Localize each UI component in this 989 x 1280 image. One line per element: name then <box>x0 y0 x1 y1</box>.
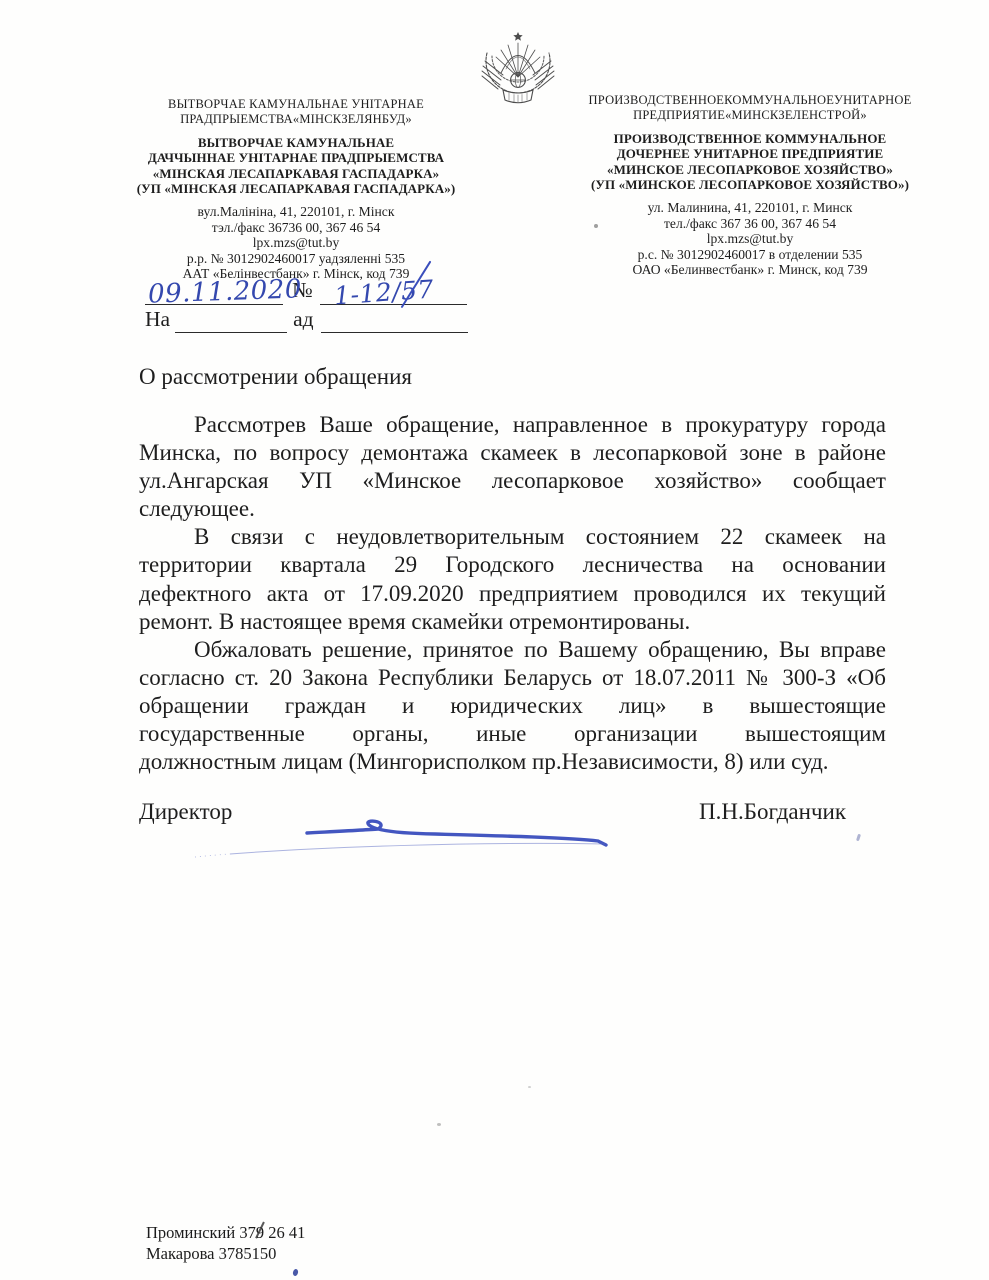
email-line: lpx.mzs@tut.by <box>538 231 962 247</box>
reply-number-underline <box>321 310 468 333</box>
body-line: дефектного акта от 17.09.2020 предприяти… <box>139 580 886 608</box>
reference-block: 09.11.2020№1-12/57 Наад <box>145 274 705 331</box>
org-name: ПРОИЗВОДСТВЕННОЕ КОММУНАЛЬНОЕ ДОЧЕРНЕЕ У… <box>538 131 962 193</box>
na-label: На <box>145 307 170 333</box>
footer-contacts: Проминский 379 26 41 Макарова 3785150 <box>146 1222 305 1264</box>
phone-line: тел./факс 367 36 00, 367 46 54 <box>538 216 962 232</box>
org-name-line: (УП «МІНСКАЯ ЛЕСАПАРКАВАЯ ГАСПАДАРКА») <box>126 181 466 196</box>
number-underline: 1-12/57 <box>320 274 467 305</box>
body-line: ул.Ангарская УП «Минское лесопарковое хо… <box>139 467 886 495</box>
ink-speck <box>856 834 861 842</box>
scan-speck <box>437 1123 441 1126</box>
star-icon <box>513 32 522 41</box>
footer-line: Макарова 3785150 <box>146 1243 305 1264</box>
handwritten-date: 09.11.2020 <box>148 274 303 309</box>
bank-account-line: р.с. № 3012902460017 в отделении 535 <box>538 247 962 263</box>
org-name-line: «МІНСКАЯ ЛЕСАПАРКАВАЯ ГАСПАДАРКА» <box>126 166 466 181</box>
header-right: ПРОИЗВОДСТВЕННОЕКОММУНАЛЬНОЕУНИТАРНОЕ ПР… <box>538 93 962 278</box>
subject-line: О рассмотрении обращения <box>139 364 886 390</box>
phone-line: тэл./факс 36736 00, 367 46 54 <box>126 220 466 236</box>
org-name-line: ПРОИЗВОДСТВЕННОЕ КОММУНАЛЬНОЕ <box>538 131 962 146</box>
date-underline: 09.11.2020 <box>145 274 283 305</box>
parent-org-line: ПРЕДПРИЯТИЕ«МИНСКЗЕЛЕНСТРОЙ» <box>538 108 962 123</box>
body-line: согласно ст. 20 Закона Республики Белару… <box>139 664 886 692</box>
body-line: территории квартала 29 Городского леснич… <box>139 551 886 579</box>
org-name-line: ВЫТВОРЧАЕ КАМУНАЛЬНАЕ <box>126 135 466 150</box>
body-line: должностным лицам (Мингорисполком пр.Нез… <box>139 748 886 776</box>
header-left: ВЫТВОРЧАЕ КАМУНАЛЬНАЕ УНІТАРНАЕ ПРАДПРЫЕ… <box>126 97 466 282</box>
org-name-line: ДОЧЕРНЕЕ УНИТАРНОЕ ПРЕДПРИЯТИЕ <box>538 146 962 161</box>
executor-phone: Проминский 379 26 41 <box>146 1223 305 1242</box>
scan-speck <box>528 1086 531 1088</box>
org-contacts: ул. Малинина, 41, 220101, г. Минск тел./… <box>538 200 962 278</box>
body-line: Минска, по вопросу демонтажа скамеек в л… <box>139 439 886 467</box>
body-line: ремонт. В настоящее время скамейки отрем… <box>139 608 886 636</box>
bank-account-line: р.р. № 3012902460017 уадзяленні 535 <box>126 251 466 267</box>
footer-line: Проминский 379 26 41 <box>146 1222 305 1243</box>
email-line: lpx.mzs@tut.by <box>126 235 466 251</box>
ad-label: ад <box>293 307 313 333</box>
signature-main-stroke <box>307 821 606 845</box>
org-name-line: ДАЧЧЫННАЕ УНІТАРНАЕ ПРАДПРЫЕМСТВА <box>126 150 466 165</box>
address-line: вул.Малініна, 41, 220101, г. Мінск <box>126 204 466 220</box>
body-line: обращении граждан и юридических лиц» в в… <box>139 692 886 720</box>
paragraph-3: Обжаловать решение, принятое по Вашему о… <box>139 636 886 776</box>
parent-org-line: ПРАДПРЫЕМСТВА«МІНСКЗЕЛЯНБУД» <box>126 112 466 127</box>
org-name-line: (УП «МИНСКОЕ ЛЕСОПАРКОВОЕ ХОЗЯЙСТВО») <box>538 177 962 192</box>
scanned-letter-page: ВЫТВОРЧАЕ КАМУНАЛЬНАЕ УНІТАРНАЕ ПРАДПРЫЕ… <box>0 0 989 1280</box>
org-name: ВЫТВОРЧАЕ КАМУНАЛЬНАЕ ДАЧЧЫННАЕ УНІТАРНА… <box>126 135 466 197</box>
parent-org-name: ПРОИЗВОДСТВЕННОЕКОММУНАЛЬНОЕУНИТАРНОЕ ПР… <box>538 93 962 124</box>
date-number-row: 09.11.2020№1-12/57 <box>145 274 705 306</box>
body-line: следующее. <box>139 495 886 523</box>
signature-underline-stroke <box>230 843 605 854</box>
body-line: Рассмотрев Ваше обращение, направленное … <box>139 411 886 439</box>
signer-name: П.Н.Богданчик <box>699 799 846 825</box>
body-line: Обжаловать решение, принятое по Вашему о… <box>139 636 886 664</box>
paragraph-2: В связи с неудовлетворительным состояние… <box>139 523 886 635</box>
handwritten-signature <box>150 800 670 880</box>
org-name-line: «МИНСКОЕ ЛЕСОПАРКОВОЕ ХОЗЯЙСТВО» <box>538 162 962 177</box>
parent-org-name: ВЫТВОРЧАЕ КАМУНАЛЬНАЕ УНІТАРНАЕ ПРАДПРЫЕ… <box>126 97 466 128</box>
address-line: ул. Малинина, 41, 220101, г. Минск <box>538 200 962 216</box>
scan-speck <box>594 224 598 228</box>
signature-faint-tail <box>195 854 230 857</box>
body-line: государственные органы, иные организации… <box>139 720 886 748</box>
ink-speck <box>292 1268 299 1276</box>
letter-body: О рассмотрении обращения Рассмотрев Ваше… <box>139 364 886 776</box>
paragraph-1: Рассмотрев Ваше обращение, направленное … <box>139 411 886 523</box>
org-contacts: вул.Малініна, 41, 220101, г. Мінск тэл./… <box>126 204 466 282</box>
reply-reference-row: Наад <box>145 307 705 331</box>
parent-org-line: ПРОИЗВОДСТВЕННОЕКОММУНАЛЬНОЕУНИТАРНОЕ <box>538 93 962 108</box>
reply-date-underline <box>175 310 287 333</box>
parent-org-line: ВЫТВОРЧАЕ КАМУНАЛЬНАЕ УНІТАРНАЕ <box>126 97 466 112</box>
body-line: В связи с неудовлетворительным состояние… <box>139 523 886 551</box>
